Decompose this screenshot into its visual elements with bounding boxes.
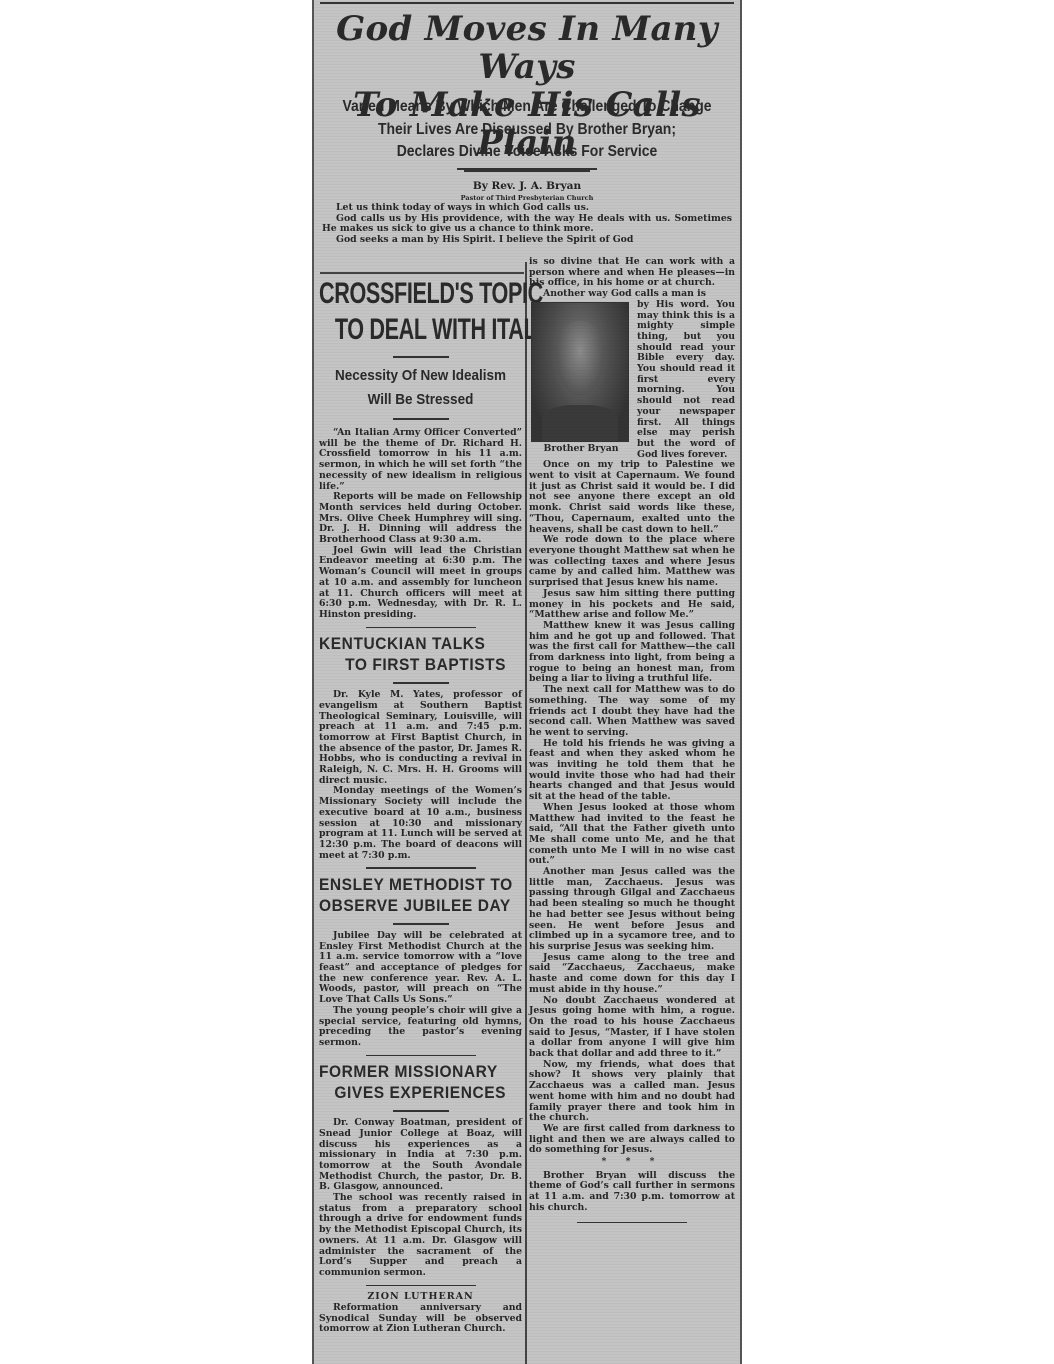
rule [393,356,449,358]
article-paragraph: Jesus saw him sitting there putting mone… [529,589,735,621]
byline-title: Pastor of Third Presbyterian Church [314,194,740,202]
crossfield-paragraph: Joel Gwin will lead the Christian Endeav… [319,546,522,621]
section-dots: * * * [529,1157,735,1168]
subhead-line: Will Be Stressed [329,388,512,412]
rule [393,923,449,925]
kentuckian-paragraph: Dr. Kyle M. Yates, professor of evangeli… [319,690,522,786]
article-intro: Let us think today of ways in which God … [322,203,732,246]
article-paragraph: The next call for Matthew was to do some… [529,685,735,739]
article-paragraph: We are first called from darkness to lig… [529,1124,735,1156]
ensley-paragraph: The young people’s choir will give a spe… [319,1006,522,1049]
kentuckian-headline: KENTUCKIAN TALKS TO FIRST BAPTISTS [319,634,510,676]
crossfield-paragraph: Reports will be made on Fellowship Month… [319,492,522,546]
deck: Varied Means By Which Men Are Challenged… [339,96,715,172]
section-rule [320,272,524,274]
rule [393,1110,449,1112]
missionary-headline: FORMER MISSIONARY GIVES EXPERIENCES [319,1062,510,1104]
kentuckian-paragraph: Monday meetings of the Women’s Missionar… [319,786,522,861]
article-paragraph: Now, my friends, what does that show? It… [529,1060,735,1124]
left-column: CROSSFIELD'S TOPIC TO DEAL WITH ITALY Ne… [319,276,522,1335]
newspaper-clipping: God Moves In Many Ways To Make His Calls… [312,0,742,1364]
portrait-shoulders [542,405,618,441]
article-paragraph: Another man Jesus called was the little … [529,867,735,953]
deck-line-3: Declares Divine Voice Asks For Service [339,141,715,164]
article-paragraph: is so divine that He can work with a per… [529,257,735,289]
deck-line-2: Their Lives Are Discussed By Brother Bry… [339,119,715,142]
kentuckian-headline-line-1: KENTUCKIAN TALKS [319,635,485,653]
rule [393,418,449,420]
rule [366,1285,476,1287]
article-paragraph: We rode down to the place where everyone… [529,535,735,589]
headline-line-1: God Moves In Many Ways [318,10,736,86]
subhead-line: Necessity Of New Idealism [329,364,512,388]
deck-rule [464,170,590,172]
zion-paragraph: Reformation anniversary and Synodical Su… [319,1303,522,1335]
portrait-photo [531,302,629,442]
rule [393,682,449,684]
portrait-face [556,321,604,395]
photo-caption: Brother Bryan [531,444,631,455]
crossfield-paragraph: “An Italian Army Officer Converted” will… [319,428,522,492]
missionary-headline-line-2: GIVES EXPERIENCES [319,1083,510,1104]
closing-paragraph: Brother Bryan will discuss the theme of … [529,1171,735,1214]
column-rule [525,262,527,1364]
ensley-headline-line-2: OBSERVE JUBILEE DAY [319,896,510,917]
right-column: is so divine that He can work with a per… [529,257,735,1223]
rule [577,1222,687,1224]
missionary-headline-line-1: FORMER MISSIONARY [319,1063,498,1081]
missionary-paragraph: Dr. Conway Boatman, president of Snead J… [319,1118,522,1193]
ensley-headline: ENSLEY METHODIST TO OBSERVE JUBILEE DAY [319,875,510,917]
rule [366,627,476,629]
crossfield-subhead: Necessity Of New Idealism Will Be Stress… [329,364,512,412]
byline: By Rev. J. A. Bryan [314,180,740,192]
missionary-paragraph: The school was recently raised in status… [319,1193,522,1279]
crossfield-headline: CROSSFIELD'S TOPIC TO DEAL WITH ITALY [319,276,465,348]
intro-paragraph: God seeks a man by His Spirit. I believe… [322,235,732,246]
rule [366,1055,476,1057]
intro-paragraph: God calls us by His providence, with the… [322,214,732,235]
article-paragraph: Once on my trip to Palestine we went to … [529,460,735,535]
crossfield-headline-line-1: CROSSFIELD'S TOPIC [319,277,543,310]
photo-block: Brother Bryan [531,302,631,455]
article-paragraph: When Jesus looked at those whom Matthew … [529,803,735,867]
article-paragraph: Jesus came along to the tree and said “Z… [529,953,735,996]
article-paragraph: Matthew knew it was Jesus calling him an… [529,621,735,685]
top-rule [320,2,734,4]
kentuckian-headline-line-2: TO FIRST BAPTISTS [319,655,510,676]
deck-line-1: Varied Means By Which Men Are Challenged… [339,96,715,119]
article-paragraph: No doubt Zacchaeus wondered at Jesus goi… [529,996,735,1060]
article-paragraph: He told his friends he was giving a feas… [529,739,735,803]
rule [366,867,476,869]
crossfield-headline-line-2: TO DEAL WITH ITALY [319,312,465,348]
ensley-headline-line-1: ENSLEY METHODIST TO [319,876,513,894]
ensley-paragraph: Jubilee Day will be celebrated at Ensley… [319,931,522,1006]
